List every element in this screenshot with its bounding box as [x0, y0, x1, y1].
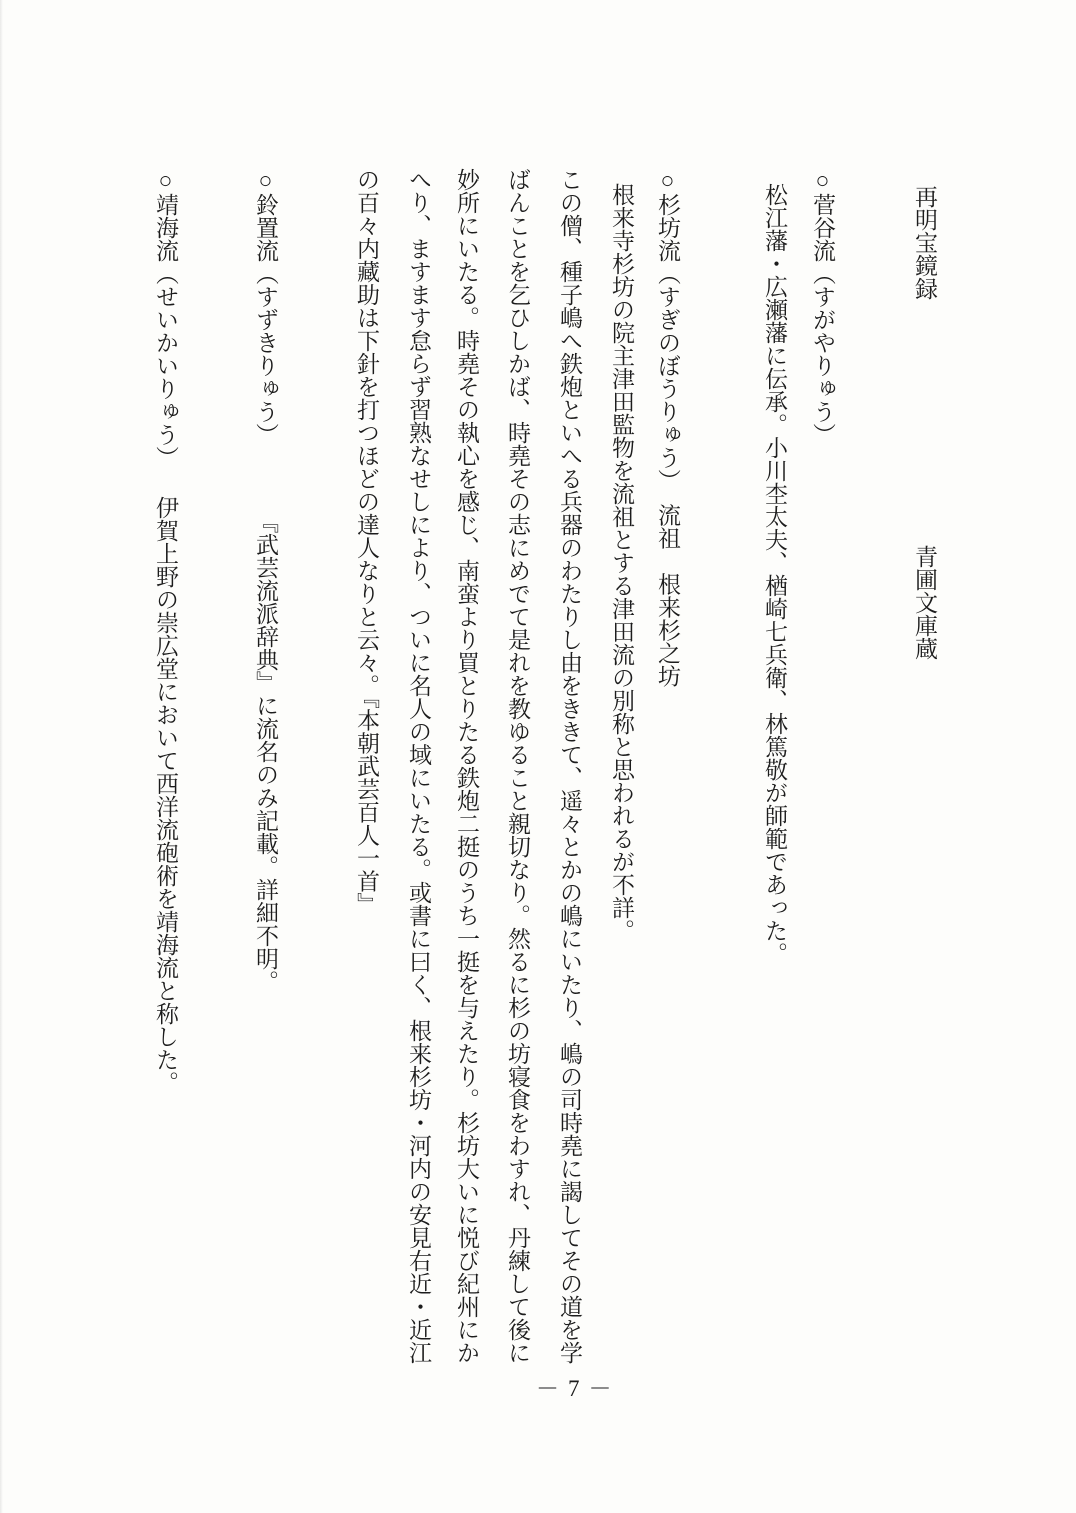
document-title: 再明宝鏡録	[912, 185, 937, 300]
section-heading-sugibo-ryu: ○杉坊流（すぎのぼうりゅう） 流祖 根来杉之坊	[655, 168, 680, 688]
section-body-seikai-ryu: 伊賀上野の崇広堂において西洋流砲術を靖海流と称した。	[153, 496, 178, 1094]
section-body-sugaya-ryu: 松江藩・広瀬藩に伝承。小川杢太夫、楢崎七兵衛、林篤敬が師範であった。	[762, 183, 787, 965]
section-heading-sugaya-ryu: ○菅谷流（すがやりゅう）	[810, 168, 835, 446]
page-number: －7－	[536, 1370, 621, 1403]
section-body-sugibo-ryu-line-6: の百々内藏助は下針を打つほどの達人なりと云々。『本朝武芸百人一首』	[354, 168, 379, 916]
scanned-page: 再明宝鏡録青圃文庫蔵○菅谷流（すがやりゅう）松江藩・広瀬藩に伝承。小川杢太夫、楢…	[0, 0, 1076, 1513]
scan-edge-shadow	[0, 0, 3, 1513]
section-body-sugibo-ryu-line-5: へり、ますます怠らず習熟なせしにより、ついに名人の域にいたる。或書に曰く、根来杉…	[406, 168, 431, 1364]
section-body-sugibo-ryu-line-4: 妙所にいたる。時堯その執心を感じ、南蛮より買とりたる鉄炮二挺のうち一挺を与えたり…	[454, 168, 479, 1364]
section-heading-suzuki-ryu: ○鈴置流（すずきりゅう）	[253, 168, 278, 446]
section-heading-seikai-ryu: ○靖海流（せいかいりゅう）	[153, 168, 178, 469]
collection-note: 青圃文庫蔵	[912, 545, 937, 660]
section-body-suzuki-ryu: 『武芸流派辞典』に流名のみ記載。詳細不明。	[253, 510, 278, 993]
section-body-sugibo-ryu-line-1: 根来寺杉坊の院主津田監物を流祖とする津田流の別称と思われるが不詳。	[609, 183, 634, 942]
section-body-sugibo-ryu-line-3: ばんことを乞ひしかば、時堯その志にめでて是れを教ゆること親切なり。然るに杉の坊寝…	[505, 168, 530, 1364]
section-body-sugibo-ryu-line-2: この僧、種子嶋へ鉄炮といへる兵器のわたりし由をききて、遥々とかの嶋にいたり、嶋の…	[557, 168, 582, 1364]
